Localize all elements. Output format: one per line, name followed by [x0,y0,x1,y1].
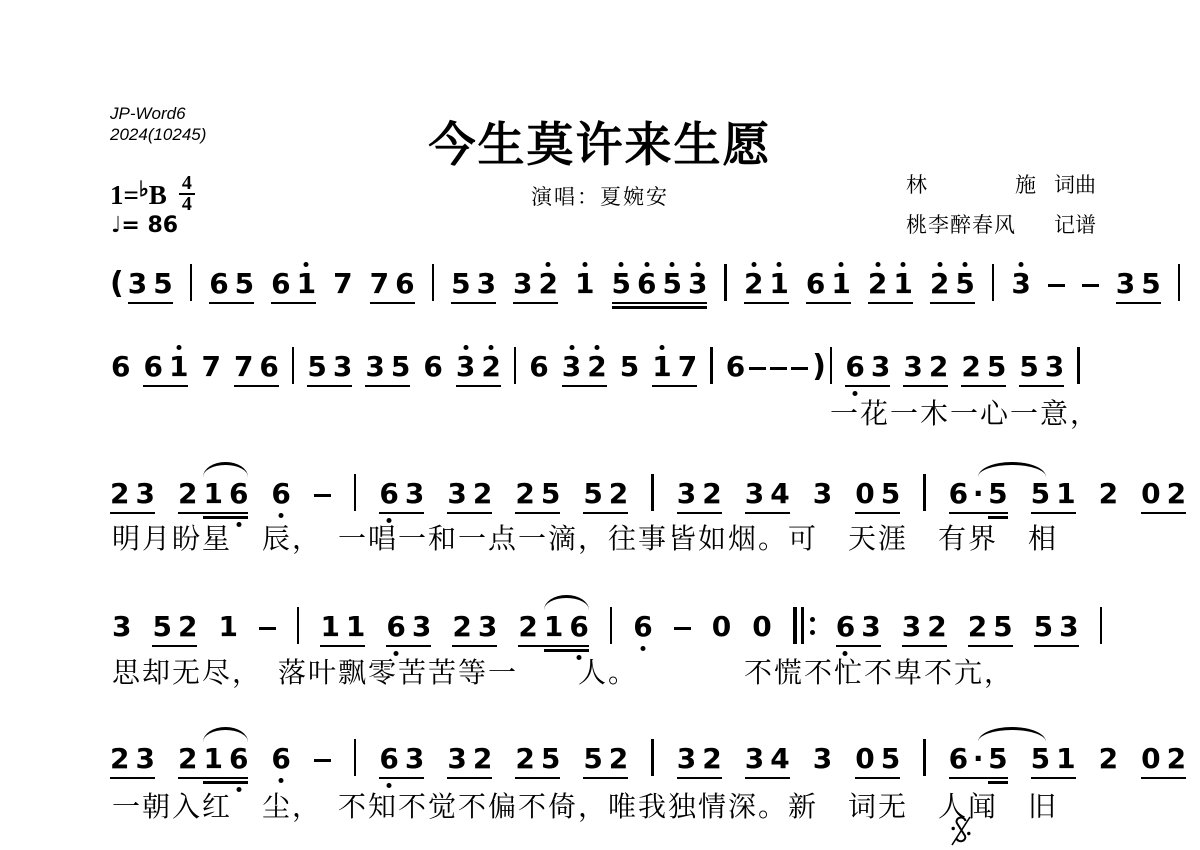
beam-group: 16 [203,742,248,775]
beam-group: 25 [968,610,1013,643]
beam-group: 23 [110,477,155,510]
octave-dot-high [1019,262,1024,267]
note: 0 [752,610,771,643]
note: 5 [1031,477,1050,510]
beam-group: 51 [1031,477,1076,510]
beam-group: 53 [451,267,496,300]
beam-line [513,302,558,305]
beam-line [903,385,948,388]
barline [992,264,995,301]
tempo-marking: ♩= 86 [111,213,178,238]
note: 5 [1019,350,1038,383]
repeat-dot [810,630,815,635]
octave-dot-high [463,345,468,350]
barline [432,264,435,301]
duration-dash [770,367,787,371]
barline [190,264,193,301]
beam-line [902,645,947,648]
note: 5 [451,267,470,300]
credits: 林施 词曲 桃李醉春风 记谱 [906,169,1096,249]
note: 1 [169,350,188,383]
meter-numerator: 4 [179,174,195,195]
note: 1 [1056,477,1075,510]
note: 1 [769,267,788,300]
beam-line [836,645,881,648]
note: 3 [902,610,921,643]
beam-group: 32 [513,267,558,300]
beam-group: 35 [1116,267,1161,300]
beam-group: 05 [855,742,900,775]
note: 5 [881,742,900,775]
beam-line [209,302,254,305]
note: 7 [678,350,697,383]
beam-line [452,645,497,648]
duration-dash [259,627,276,631]
page-title: 今生莫许来生愿 [0,108,1200,175]
beam-line [128,302,173,305]
beam-line [1031,512,1076,515]
note: 5 [993,610,1012,643]
beam-line [855,777,900,780]
transcriber-credit: 桃李醉春风 记谱 [906,209,1096,239]
note: 3 [513,267,532,300]
beam-group: 21 [868,267,913,300]
note: 3 [871,350,890,383]
beam-group: 5 [988,742,1007,775]
duration-dash [749,367,766,371]
note: 2 [515,742,534,775]
beam-line [583,777,628,780]
note: 3 [903,350,922,383]
note: 3 [477,267,496,300]
note: 1 [346,610,365,643]
note: 3 [333,350,352,383]
composer-last: 施 [1015,169,1036,199]
note: 0 [712,610,731,643]
octave-dot-high [751,262,756,267]
beam-group: 02 [1141,742,1186,775]
barline [923,474,926,511]
beam-line [515,512,560,515]
note: 3 [677,477,696,510]
octave-dot-high [176,345,181,350]
barline [354,739,357,776]
beam-line [652,385,697,388]
beam-line [234,385,279,388]
note: 0 [855,477,874,510]
beam-line [320,645,365,648]
note: 6 [529,350,548,383]
beam-line [855,512,900,515]
note: 5 [662,267,681,300]
beam-line [447,777,492,780]
note: 6 [633,610,652,643]
beam-line [968,645,1013,648]
note: 3 [412,610,431,643]
octave-dot-high [670,262,675,267]
beam-line [612,302,708,305]
note: 6 [379,477,398,510]
note: 2 [587,350,606,383]
note: 6 [111,350,130,383]
barline [1077,347,1080,384]
beam-group: 35 [128,267,173,300]
note: 3 [135,477,154,510]
note: 6 [259,350,278,383]
beam-group: 34 [745,477,790,510]
dotted-note-dot: · [974,477,982,510]
note: 3 [405,477,424,510]
note: 2 [473,477,492,510]
beam-line [1116,302,1161,305]
octave-dot-low [279,778,284,783]
note: 5 [987,350,1006,383]
beam-group: 61 [143,350,188,383]
note: 4 [770,742,789,775]
note: 7 [333,267,352,300]
beam-group: 63 [379,477,424,510]
note: 6 [949,477,968,510]
beam-group: 23 [110,742,155,775]
note: 1 [544,610,563,643]
tie-arc [544,595,589,610]
note: 5 [620,350,639,383]
note: 6 [845,350,864,383]
note: 2 [1167,477,1186,510]
note: 3 [1011,267,1030,300]
lyric-line-3: 思却无尽， 落叶飘零苦苦等一 人。 不慌不忙不卑不亢， [112,651,1014,691]
note: 2 [178,742,197,775]
octave-dot-high [569,345,574,350]
beam-line [562,385,607,388]
note: 3 [456,350,475,383]
key-prefix: 1= [110,180,139,210]
octave-dot-high [489,345,494,350]
beam-line [110,777,155,780]
segno-icon [950,816,972,846]
repeat-dot [810,617,815,622]
beam-group: 5653 [612,267,708,300]
note: 3 [478,610,497,643]
beam-group: 16 [544,610,589,643]
beam-group: 65 [209,267,254,300]
note: 3 [365,350,384,383]
lyric-line-1: 一花一木一心一意， [830,392,1100,432]
beam-group: 11 [320,610,365,643]
beam-group: 16 [203,477,248,510]
beam-line [961,385,1006,388]
beam-group: 6·5 [949,477,1008,510]
octave-dot-high [777,262,782,267]
note: 4 [770,477,789,510]
barline [710,347,713,384]
note: 2 [481,350,500,383]
repeat-dots [810,617,815,635]
meter-denominator: 4 [182,195,192,214]
time-signature: 4 4 [179,174,195,214]
duration-dash [1082,284,1099,288]
tie-arc [203,462,248,477]
beam-group: 76 [234,350,279,383]
octave-dot-high [304,262,309,267]
note: 2 [515,477,534,510]
octave-dot-high [582,262,587,267]
note: 6 [271,267,290,300]
note: 2 [929,350,948,383]
note: 2 [744,267,763,300]
note: 5 [541,742,560,775]
beam-group: 02 [1141,477,1186,510]
tie-arc [978,462,1046,477]
note: 6 [726,350,745,383]
beam-group: 63 [836,610,881,643]
beam-line [307,385,352,388]
note: 3 [447,477,466,510]
duration-dash [791,367,808,371]
music-line-1: (35656177653321565321612125335 [110,258,1197,300]
note: 3 [1045,350,1064,383]
note: 3 [135,742,154,775]
note: 2 [702,477,721,510]
note: 5 [153,267,172,300]
note: 1 [575,267,594,300]
key-letter: B [149,180,167,210]
note: 1 [203,742,222,775]
beam-line [518,645,588,648]
beam-group: 25 [930,267,975,300]
quarter-note-icon: ♩ [111,213,121,238]
lyric-line-4: 一朝入红 尘， 不知不觉不偏不倚，唯我独情深。新 词无 人闻 旧 [112,785,1058,825]
beam-line [745,777,790,780]
beam-group: 53 [307,350,352,383]
tie-arc [978,727,1046,742]
note: 5 [152,610,171,643]
duration-dash [314,759,331,763]
barline [1100,607,1103,644]
note: 2 [609,477,628,510]
beam-group: 32 [677,742,722,775]
note: 3 [1059,610,1078,643]
beam-line [379,512,424,515]
beam-group: 63 [845,350,890,383]
beam-group: 216 [178,742,248,775]
note: 1 [218,610,237,643]
beam-line [178,777,248,780]
music-line-2: 66177653356326325176)63322553 [111,341,1093,383]
barline [292,347,295,384]
beam-group: 32 [562,350,607,383]
beam-line [451,302,496,305]
beam-group: 5 [988,477,1007,510]
beam-group: 32 [902,610,947,643]
beam-line [1019,385,1064,388]
note: 6 [229,477,248,510]
octave-dot-high [644,262,649,267]
beam-group: 51 [1031,742,1076,775]
octave-dot-high [937,262,942,267]
note: 6 [271,477,290,510]
barline [610,607,613,644]
beam-group: 32 [447,477,492,510]
barline [724,264,727,301]
note: 3 [405,742,424,775]
note: 3 [128,267,147,300]
note: 3 [447,742,466,775]
beam-group: 34 [745,742,790,775]
duration-dash [674,627,691,631]
beam-line [1031,777,1076,780]
note: 6 [379,742,398,775]
note: 3 [1116,267,1135,300]
composer-role: 词曲 [1054,169,1096,199]
note: 6 [949,742,968,775]
parenthesis: ( [110,267,124,300]
octave-dot-high [963,262,968,267]
note: 1 [297,267,316,300]
note: 2 [1099,742,1118,775]
beam-line [447,512,492,515]
note: 7 [201,350,220,383]
note: 3 [562,350,581,383]
beam-line [365,385,410,388]
note: 2 [1167,742,1186,775]
note: 2 [1099,477,1118,510]
beam-line [203,781,248,784]
flat-icon: ♭ [139,177,149,201]
music-line-3: 2321666332255232343056·551202 [110,468,1200,510]
beam-group: 32 [903,350,948,383]
beam-group: 25 [515,477,560,510]
barline [514,347,517,384]
beam-group: 6·5 [949,742,1008,775]
beam-line [379,777,424,780]
beam-line [386,645,431,648]
barline [651,739,654,776]
note: 0 [1141,742,1160,775]
note: 6 [143,350,162,383]
beam-group: 21 [744,267,789,300]
lyric-line-2: 明月盼星 辰， 一唱一和一点一滴，往事皆如烟。可 天涯 有界 相 [112,517,1058,557]
note: 5 [881,477,900,510]
note: 1 [893,267,912,300]
note: 6 [637,267,656,300]
note: 5 [235,267,254,300]
beam-group: 63 [386,610,431,643]
beam-group: 05 [855,477,900,510]
repeat-bar-thin [801,607,804,644]
key-signature: 1=♭B 4 4 [110,174,195,214]
barline [297,607,300,644]
dotted-note-dot: · [974,742,982,775]
note: 3 [745,742,764,775]
beam-group: 216 [178,477,248,510]
note: 3 [813,742,832,775]
beam-line [1141,777,1186,780]
beam-line [1034,645,1079,648]
note: 6 [569,610,588,643]
note: 2 [868,267,887,300]
note: 5 [955,267,974,300]
note: 5 [1141,267,1160,300]
beam-group: 35 [365,350,410,383]
beam-line [677,512,722,515]
parenthesis: ) [812,350,826,383]
note: 2 [702,742,721,775]
beam-line [744,302,789,305]
beam-line [370,302,415,305]
barline [830,347,833,384]
composer-first: 林 [906,169,927,199]
tie-arc [203,727,248,742]
note: 5 [1034,610,1053,643]
barline [354,474,357,511]
octave-dot-high [619,262,624,267]
note: 2 [609,742,628,775]
note: 3 [813,477,832,510]
note: 6 [423,350,442,383]
note: 5 [612,267,631,300]
beam-group: 61 [806,267,851,300]
note: 3 [745,477,764,510]
note: 2 [110,477,129,510]
note: 7 [234,350,253,383]
note: 2 [473,742,492,775]
beam-line [949,512,1008,515]
beam-line [143,385,188,388]
note: 1 [1056,742,1075,775]
barline [923,739,926,776]
note: 1 [203,477,222,510]
beam-group: 53 [1019,350,1064,383]
note: 3 [688,267,707,300]
beam-group: 25 [515,742,560,775]
note: 2 [178,477,197,510]
beam-group: 52 [583,742,628,775]
note: 2 [961,350,980,383]
beam-group: 25 [961,350,1006,383]
note: 5 [583,477,602,510]
beam-line [152,645,197,648]
beam-group: 32 [456,350,501,383]
note: 6 [271,742,290,775]
duration-dash [1048,284,1065,288]
octave-dot-high [839,262,844,267]
beam-group: 52 [583,477,628,510]
note: 3 [861,610,880,643]
duration-dash [314,494,331,498]
note: 5 [988,742,1007,775]
note: 6 [229,742,248,775]
note: 3 [112,610,131,643]
beam-group: 17 [652,350,697,383]
composer-credit: 林施 词曲 [906,169,1096,199]
note: 2 [452,610,471,643]
note: 6 [386,610,405,643]
note: 5 [391,350,410,383]
octave-dot-high [875,262,880,267]
beam-line [178,512,248,515]
beam-line [1141,512,1186,515]
beam-line [612,306,708,309]
note: 1 [831,267,850,300]
note: 1 [652,350,671,383]
octave-dot-high [695,262,700,267]
beam-line [677,777,722,780]
octave-dot-high [546,262,551,267]
note: 0 [1141,477,1160,510]
note: 1 [320,610,339,643]
beam-group: 76 [370,267,415,300]
